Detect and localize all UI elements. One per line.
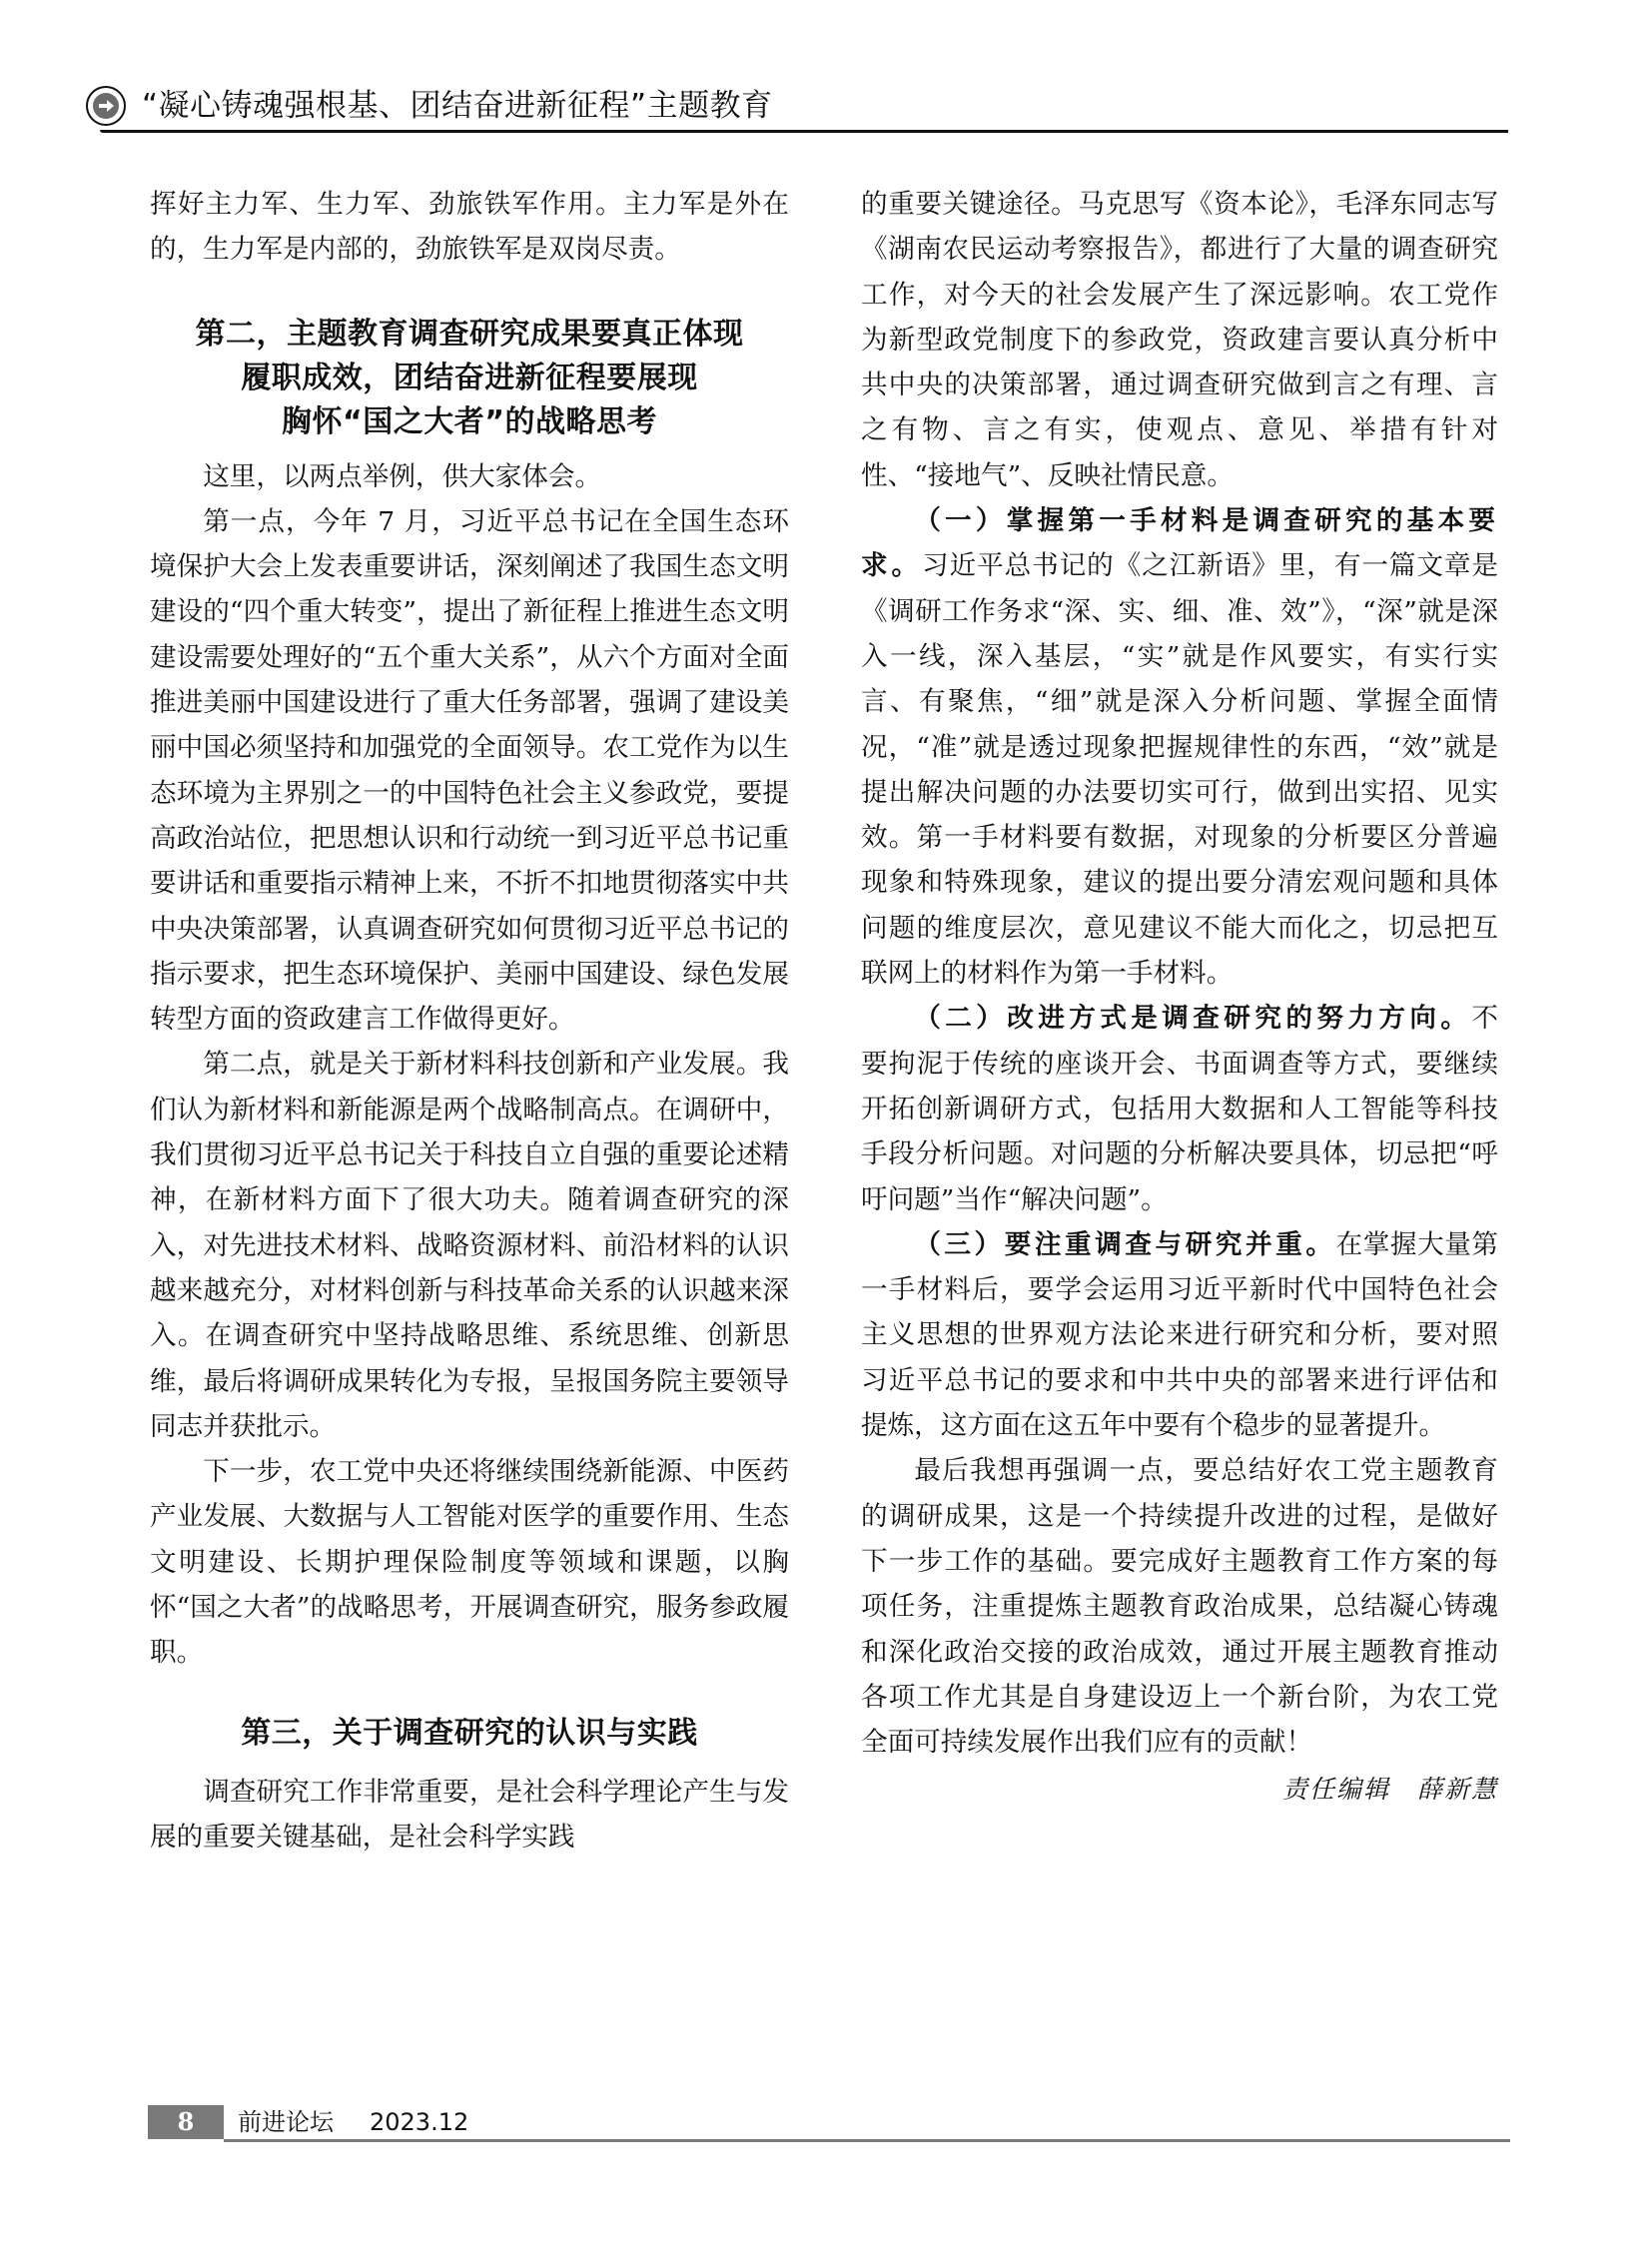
column-title: “凝心铸魂强根基、团结奋进新征程”主题教育 (142, 84, 773, 128)
section-heading-2: 第二，主题教育调查研究成果要真正体现 履职成效，团结奋进新征程要展现 胸怀“国之… (150, 313, 789, 444)
left-column: 挥好主力军、生力军、劲旅铁军作用。主力军是外在的，生力军是内部的，劲旅铁军是双岗… (150, 182, 789, 1860)
publication-name: 前进论坛 (238, 2108, 334, 2136)
page-footer: 8 前进论坛2023.12 (148, 2105, 1511, 2145)
editor-signature: 责任编辑 薛新慧 (861, 1769, 1498, 1811)
point-paragraph-2: （二）改进方式是调查研究的努力方向。不要拘泥于传统的座谈开会、书面调查等方式，要… (861, 996, 1498, 1221)
point-lead-2: （二）改进方式是调查研究的努力方向。 (914, 1003, 1471, 1034)
body-paragraph: 调查研究工作非常重要，是社会科学理论产生与发展的重要关键基础，是社会科学实践 (150, 1770, 789, 1861)
point-body-2: 不要拘泥于传统的座谈开会、书面调查等方式，要继续开拓创新调研方式，包括用大数据和… (861, 1003, 1498, 1214)
body-paragraph: 第一点，今年 7 月，习近平总书记在全国生态环境保护大会上发表重要讲话，深刻阐述… (150, 499, 789, 1043)
issue-date: 2023.12 (370, 2108, 468, 2136)
point-body-3: 在掌握大量第一手材料后，要学会运用习近平新时代中国特色社会主义思想的世界观方法论… (861, 1229, 1498, 1441)
point-paragraph-3: （三）要注重调查与研究并重。在掌握大量第一手材料后，要学会运用习近平新时代中国特… (861, 1222, 1498, 1448)
section-heading-2-line-2: 履职成效，团结奋进新征程要展现 (241, 361, 698, 395)
page-number: 8 (148, 2105, 224, 2139)
running-header: “凝心铸魂强根基、团结奋进新征程”主题教育 (86, 84, 1508, 134)
continuation-paragraph: 的重要关键途径。马克思写《资本论》，毛泽东同志写《湖南农民运动考察报告》，都进行… (861, 182, 1498, 498)
section-heading-2-line-3: 胸怀“国之大者”的战略思考 (282, 404, 657, 439)
footer-publication: 前进论坛2023.12 (238, 2105, 468, 2139)
section-heading-3: 第三，关于调查研究的认识与实践 (150, 1712, 789, 1756)
right-column: 的重要关键途径。马克思写《资本论》，毛泽东同志写《湖南农民运动考察报告》，都进行… (861, 182, 1498, 1811)
section-heading-2-line-1: 第二，主题教育调查研究成果要真正体现 (196, 317, 744, 352)
header-rule (100, 130, 1508, 133)
body-paragraph: 第二点，就是关于新材料科技创新和产业发展。我们认为新材料和新能源是两个战略制高点… (150, 1042, 789, 1449)
arrow-right-circle-icon (86, 86, 126, 126)
body-paragraph: 下一步，农工党中央还将继续围绕新能源、中医药产业发展、大数据与人工智能对医学的重… (150, 1449, 789, 1675)
point-body-1: 习近平总书记的《之江新语》里，有一篇文章是《调研工作务求“深、实、细、准、效”》… (861, 550, 1498, 989)
continuation-paragraph: 挥好主力军、生力军、劲旅铁军作用。主力军是外在的，生力军是内部的，劲旅铁军是双岗… (150, 182, 789, 273)
closing-paragraph: 最后我想再强调一点，要总结好农工党主题教育的调研成果，这是一个持续提升改进的过程… (861, 1448, 1498, 1765)
body-paragraph: 这里，以两点举例，供大家体会。 (150, 454, 789, 499)
point-paragraph-1: （一）掌握第一手材料是调查研究的基本要求。习近平总书记的《之江新语》里，有一篇文… (861, 498, 1498, 996)
footer-rule (224, 2139, 1510, 2142)
point-lead-3: （三）要注重调查与研究并重。 (914, 1229, 1335, 1260)
